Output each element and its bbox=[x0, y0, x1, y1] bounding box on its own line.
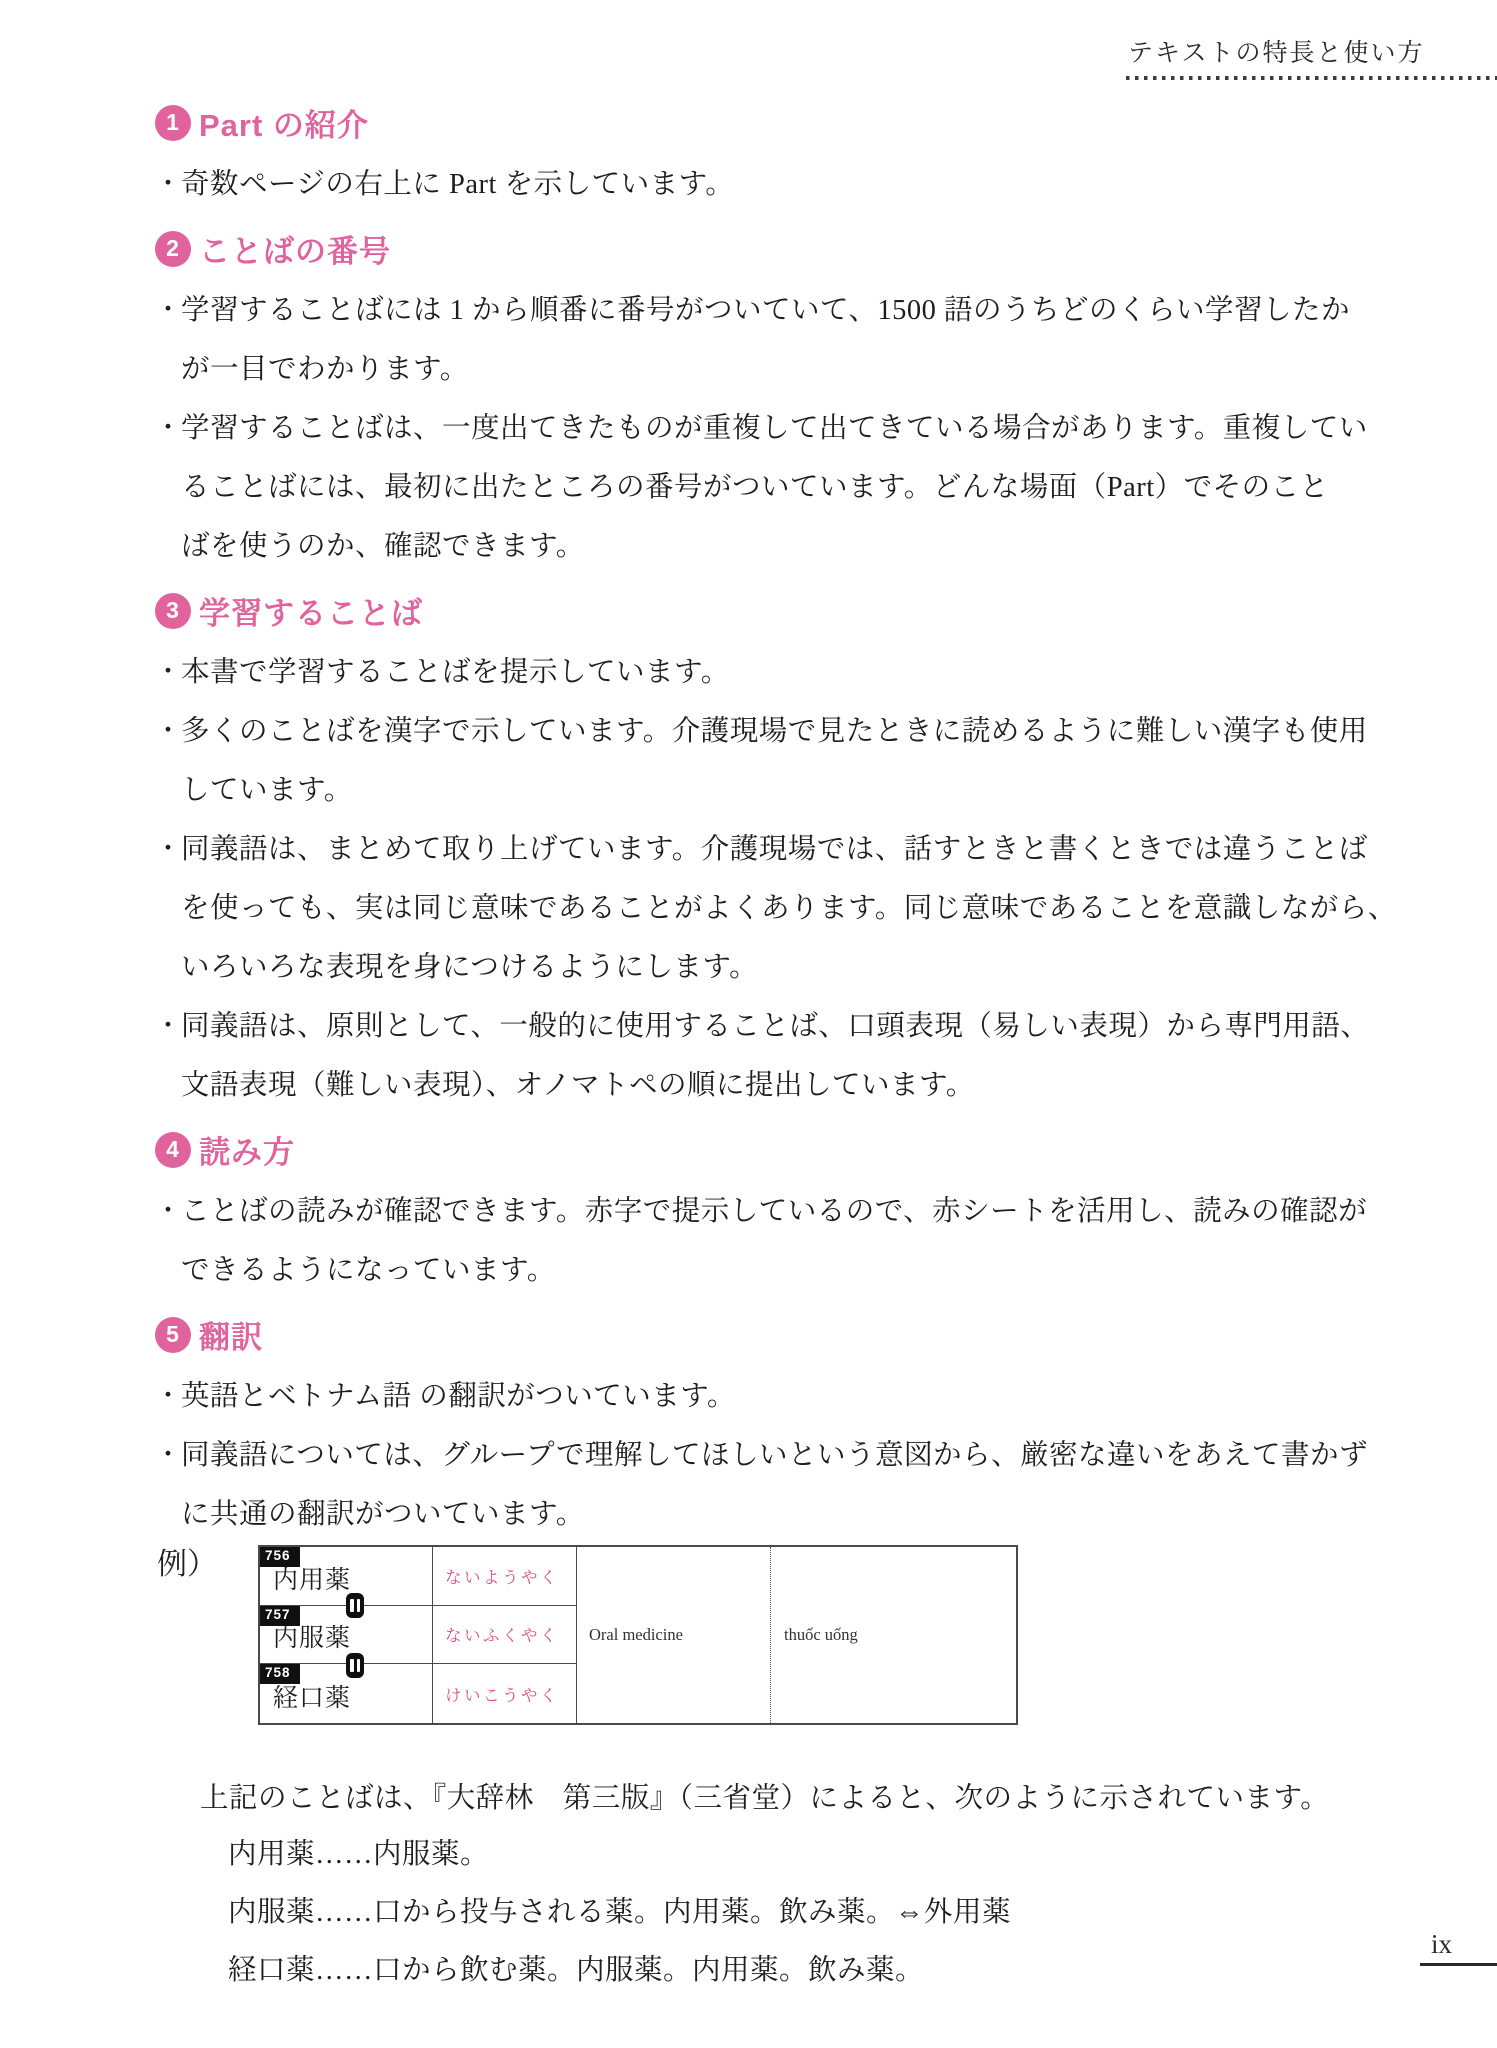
bullet-text: 学習することばは、一度出てきたものが重複して出てきている場合があります。重複して… bbox=[181, 405, 1368, 446]
synonym-link-icon bbox=[346, 1653, 364, 1678]
running-head-title: テキストの特長と使い方 bbox=[1128, 33, 1425, 69]
bullet-text: 本書で学習することばを提示しています。 bbox=[181, 649, 730, 690]
bullet-continuation-line: 文語表現（難しい表現）、オノマトペの順に提出しています。 bbox=[155, 1053, 1445, 1112]
bullet-text: 同義語は、まとめて取り上げています。介護現場では、話すときと書くときでは違うこと… bbox=[181, 826, 1368, 867]
vocab-reading-cell: けいこうやく bbox=[432, 1664, 576, 1723]
bullet-marker: ・ bbox=[155, 1005, 181, 1042]
bullet-text: が一目でわかります。 bbox=[155, 346, 469, 387]
page-number: ix bbox=[1431, 1929, 1452, 1960]
bullet-continuation-line: しています。 bbox=[155, 758, 1445, 817]
bullet-marker: ・ bbox=[155, 1375, 181, 1412]
vocab-reading: けいこうやく bbox=[445, 1682, 559, 1706]
bullet-text: に共通の翻訳がついています。 bbox=[155, 1491, 585, 1532]
vocab-reading: ないようやく bbox=[445, 1564, 559, 1588]
bullet-marker: ・ bbox=[155, 1190, 181, 1227]
section-heading: 1Part の紹介 bbox=[155, 93, 1445, 152]
bullet-marker: ・ bbox=[155, 651, 181, 688]
bullet-text: ばを使うのか、確認できます。 bbox=[155, 523, 585, 564]
dictionary-citation-line: 上記のことばは、『大辞林 第三版』（三省堂）によると、次のように示されています。 bbox=[200, 1778, 1329, 1812]
bullet-text: 奇数ページの右上に Part を示しています。 bbox=[181, 161, 734, 202]
closing-block: 上記のことばは、『大辞林 第三版』（三省堂）によると、次のように示されています。… bbox=[200, 1778, 1329, 1996]
vocab-reading: ないふくやく bbox=[445, 1622, 559, 1646]
running-head-dotted-rule bbox=[1126, 76, 1497, 80]
definitions-list: 内用薬……内服薬。内服薬……口から投与される薬。内用薬。飲み薬。⇔外用薬経口薬…… bbox=[200, 1822, 1329, 1996]
bullet-line: ・英語とベトナム語 の翻訳がついています。 bbox=[155, 1364, 1445, 1423]
bullet-text: 多くのことばを漢字で示しています。介護現場で見たときに読めるように難しい漢字も使… bbox=[181, 708, 1368, 749]
main-content: 1Part の紹介・奇数ページの右上に Part を示しています。2ことばの番号… bbox=[155, 85, 1445, 1541]
bullet-marker: ・ bbox=[155, 828, 181, 865]
section-title: 翻訳 bbox=[199, 1312, 263, 1357]
bullet-text: 英語とベトナム語 の翻訳がついています。 bbox=[181, 1373, 736, 1414]
bullet-text: 同義語は、原則として、一般的に使用することば、口頭表現（易しい表現）から専門用語… bbox=[181, 1003, 1369, 1044]
link-icon-bar bbox=[357, 1659, 361, 1672]
bullet-line: ・同義語については、グループで理解してほしいという意図から、厳密な違いをあえて書… bbox=[155, 1423, 1445, 1482]
link-icon-bar bbox=[350, 1659, 354, 1672]
bullet-continuation-line: に共通の翻訳がついています。 bbox=[155, 1482, 1445, 1541]
bullet-line: ・学習することばは、一度出てきたものが重複して出てきている場合があります。重複し… bbox=[155, 396, 1445, 455]
vocab-number-badge: 757 bbox=[260, 1606, 300, 1626]
definition-line: 経口薬……口から飲む薬。内服薬。内用薬。飲み薬。 bbox=[228, 1938, 1329, 1996]
example-label: 例） bbox=[157, 1539, 217, 1583]
section-title: 読み方 bbox=[199, 1127, 295, 1172]
section-number-badge: 4 bbox=[155, 1132, 191, 1168]
synonym-link-icon bbox=[346, 1593, 364, 1618]
vocab-table: 756内用薬ないようやく757内服薬ないふくやく758経口薬けいこうやくOral… bbox=[258, 1545, 1018, 1725]
bullet-continuation-line: ばを使うのか、確認できます。 bbox=[155, 514, 1445, 573]
bullet-continuation-line: できるようになっています。 bbox=[155, 1238, 1445, 1297]
vietnamese-translation-cell: thuốc uống bbox=[770, 1547, 1016, 1723]
definition-line: 内服薬……口から投与される薬。内用薬。飲み薬。⇔外用薬 bbox=[228, 1880, 1329, 1938]
bullet-marker: ・ bbox=[155, 407, 181, 444]
bullet-line: ・本書で学習することばを提示しています。 bbox=[155, 640, 1445, 699]
english-translation: Oral medicine bbox=[589, 1625, 683, 1645]
bullet-line: ・同義語は、まとめて取り上げています。介護現場では、話すときと書くときでは違うこ… bbox=[155, 817, 1445, 876]
vocab-reading-cell: ないふくやく bbox=[432, 1606, 576, 1665]
bullet-continuation-line: いろいろな表現を身につけるようにします。 bbox=[155, 935, 1445, 994]
bullet-marker: ・ bbox=[155, 163, 181, 200]
vocab-reading-cell: ないようやく bbox=[432, 1547, 576, 1606]
bullet-text: いろいろな表現を身につけるようにします。 bbox=[155, 944, 758, 985]
section-title: ことばの番号 bbox=[199, 226, 391, 271]
bullet-text: ことばの読みが確認できます。赤字で提示しているので、赤シートを活用し、読みの確認… bbox=[181, 1188, 1367, 1229]
bullet-marker: ・ bbox=[155, 710, 181, 747]
bullet-text: 文語表現（難しい表現）、オノマトペの順に提出しています。 bbox=[155, 1062, 975, 1103]
vocab-number-badge: 756 bbox=[260, 1547, 300, 1567]
section-number-badge: 5 bbox=[155, 1317, 191, 1353]
bullet-line: ・多くのことばを漢字で示しています。介護現場で見たときに読めるように難しい漢字も… bbox=[155, 699, 1445, 758]
bullet-text: ることばには、最初に出たところの番号がついています。どんな場面（Part）でその… bbox=[155, 464, 1329, 505]
bullet-continuation-line: ることばには、最初に出たところの番号がついています。どんな場面（Part）でその… bbox=[155, 455, 1445, 514]
section-heading: 5翻訳 bbox=[155, 1305, 1445, 1364]
section-number-badge: 1 bbox=[155, 105, 191, 141]
section-heading: 3学習することば bbox=[155, 581, 1445, 640]
section-number-badge: 2 bbox=[155, 231, 191, 267]
vocab-number-badge: 758 bbox=[260, 1664, 300, 1684]
definition-line: 内用薬……内服薬。 bbox=[228, 1822, 1329, 1880]
section-title: Part の紹介 bbox=[199, 100, 369, 145]
bullet-text: しています。 bbox=[155, 767, 353, 808]
bullet-marker: ・ bbox=[155, 289, 181, 326]
footer-rule bbox=[1420, 1963, 1497, 1966]
bullet-text: できるようになっています。 bbox=[155, 1247, 556, 1288]
section-heading: 4読み方 bbox=[155, 1120, 1445, 1179]
bullet-text: 学習することばには 1 から順番に番号がついていて、1500 語のうちどのくらい… bbox=[181, 287, 1350, 328]
link-icon-bar bbox=[350, 1599, 354, 1612]
section-heading: 2ことばの番号 bbox=[155, 219, 1445, 278]
english-translation-cell: Oral medicine bbox=[576, 1547, 770, 1723]
section-title: 学習することば bbox=[199, 588, 423, 633]
bullet-line: ・同義語は、原則として、一般的に使用することば、口頭表現（易しい表現）から専門用… bbox=[155, 994, 1445, 1053]
bullet-text: を使っても、実は同じ意味であることがよくあります。同じ意味であることを意識しなが… bbox=[155, 885, 1397, 926]
section-number-badge: 3 bbox=[155, 593, 191, 629]
bullet-line: ・ことばの読みが確認できます。赤字で提示しているので、赤シートを活用し、読みの確… bbox=[155, 1179, 1445, 1238]
link-icon-bar bbox=[357, 1599, 361, 1612]
example-block: 例） 756内用薬ないようやく757内服薬ないふくやく758経口薬けいこうやくO… bbox=[0, 1545, 1497, 1725]
bullet-continuation-line: を使っても、実は同じ意味であることがよくあります。同じ意味であることを意識しなが… bbox=[155, 876, 1445, 935]
bullet-continuation-line: が一目でわかります。 bbox=[155, 337, 1445, 396]
bullet-line: ・学習することばには 1 から順番に番号がついていて、1500 語のうちどのくら… bbox=[155, 278, 1445, 337]
bullet-line: ・奇数ページの右上に Part を示しています。 bbox=[155, 152, 1445, 211]
bullet-marker: ・ bbox=[155, 1434, 181, 1471]
bullet-text: 同義語については、グループで理解してほしいという意図から、厳密な違いをあえて書か… bbox=[181, 1432, 1368, 1473]
vietnamese-translation: thuốc uống bbox=[784, 1625, 858, 1645]
